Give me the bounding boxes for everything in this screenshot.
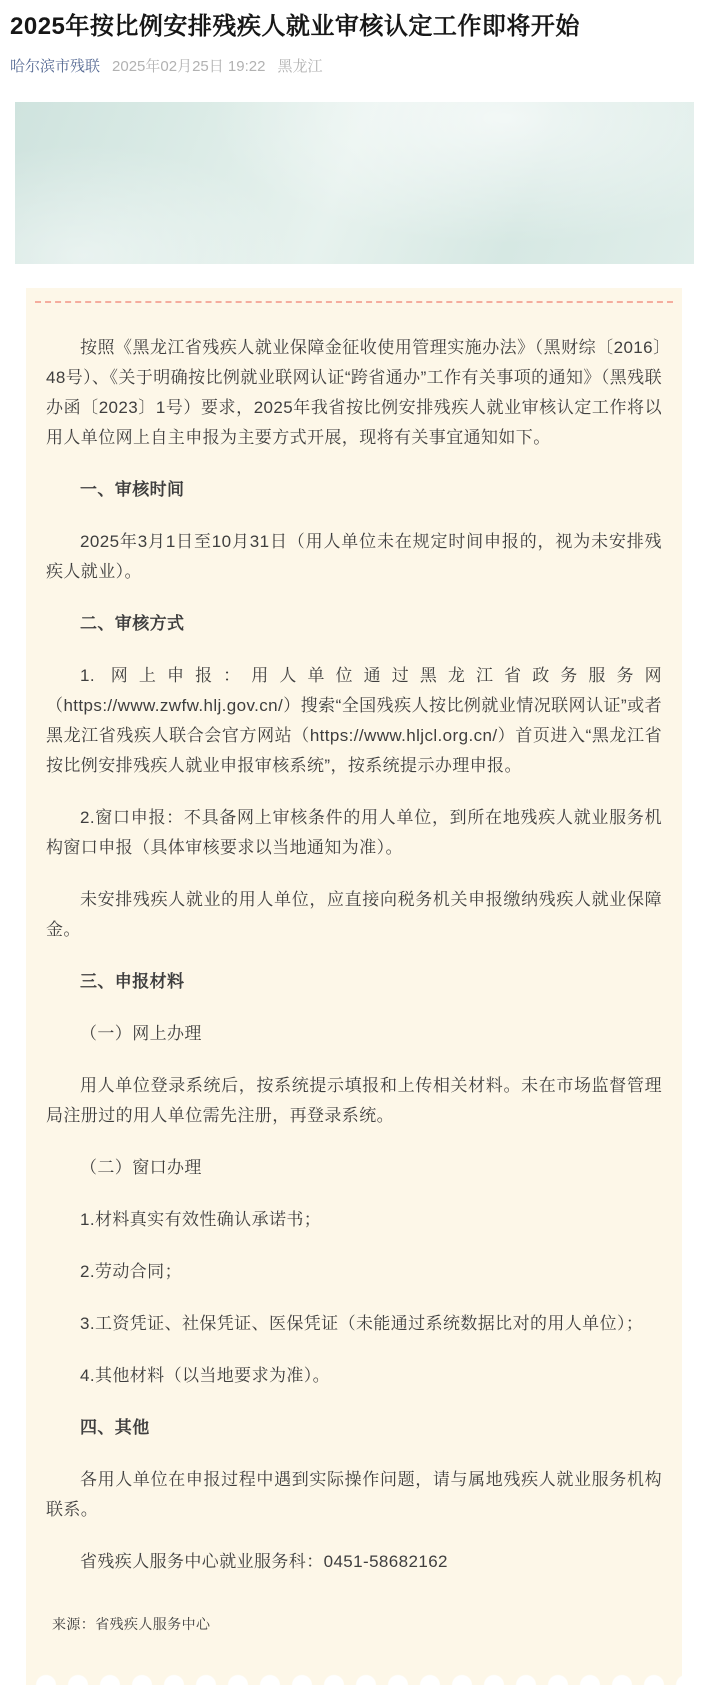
publish-datetime: 2025年02月25日 19:22 (112, 57, 265, 77)
content-paragraph: （二）窗口办理 (46, 1153, 662, 1183)
content-heading: 一、审核时间 (46, 475, 662, 505)
article-header: 2025年按比例安排残疾人就业审核认定工作即将开始 哈尔滨市残联 2025年02… (0, 0, 710, 77)
content-paragraph: 各用人单位在申报过程中遇到实际操作问题，请与属地残疾人就业服务机构联系。 (46, 1465, 662, 1525)
content-paragraph: 按照《黑龙江省残疾人就业保障金征收使用管理实施办法》（黑财综〔2016〕48号）… (46, 333, 662, 453)
article-body: 按照《黑龙江省残疾人就业保障金征收使用管理实施办法》（黑财综〔2016〕48号）… (26, 303, 682, 1673)
content-heading: 三、申报材料 (46, 967, 662, 997)
content-paragraph: （一）网上办理 (46, 1019, 662, 1049)
account-name-link[interactable]: 哈尔滨市残联 (10, 57, 100, 77)
content-heading: 四、其他 (46, 1413, 662, 1443)
article-title: 2025年按比例安排残疾人就业审核认定工作即将开始 (10, 10, 700, 44)
content-paragraph: 省残疾人服务中心就业服务科：0451-58682162 (46, 1547, 662, 1577)
content-paragraph: 2025年3月1日至10月31日（用人单位未在规定时间申报的，视为未安排残疾人就… (46, 527, 662, 587)
article-banner-image (15, 102, 694, 264)
content-paragraph: 3.工资凭证、社保凭证、医保凭证（未能通过系统数据比对的用人单位）； (46, 1309, 662, 1339)
byline: 哈尔滨市残联 2025年02月25日 19:22 黑龙江 (10, 57, 700, 77)
content-paragraph: 2.劳动合同； (46, 1257, 662, 1287)
content-paragraph: 4.其他材料（以当地要求为准）。 (46, 1361, 662, 1391)
content-paragraph: 2.窗口申报：不具备网上审核条件的用人单位，到所在地残疾人就业服务机构窗口申报（… (46, 803, 662, 863)
content-card: 按照《黑龙江省残疾人就业保障金征收使用管理实施办法》（黑财综〔2016〕48号）… (26, 288, 682, 1685)
content-paragraph: 1. 网上申报：用人单位通过黑龙江省政务服务网（https://www.zwfw… (46, 661, 662, 781)
region-label: 黑龙江 (277, 57, 322, 77)
content-heading: 二、审核方式 (46, 609, 662, 639)
content-paragraph: 未安排残疾人就业的用人单位，应直接向税务机关申报缴纳残疾人就业保障金。 (46, 885, 662, 945)
scallop-edge-decoration (26, 1673, 682, 1685)
article-page: 2025年按比例安排残疾人就业审核认定工作即将开始 哈尔滨市残联 2025年02… (0, 0, 710, 1685)
content-paragraph: 1.材料真实有效性确认承诺书； (46, 1205, 662, 1235)
source-label: 来源：省残疾人服务中心 (46, 1609, 662, 1673)
content-paragraph: 用人单位登录系统后，按系统提示填报和上传相关材料。未在市场监督管理局注册过的用人… (46, 1071, 662, 1131)
